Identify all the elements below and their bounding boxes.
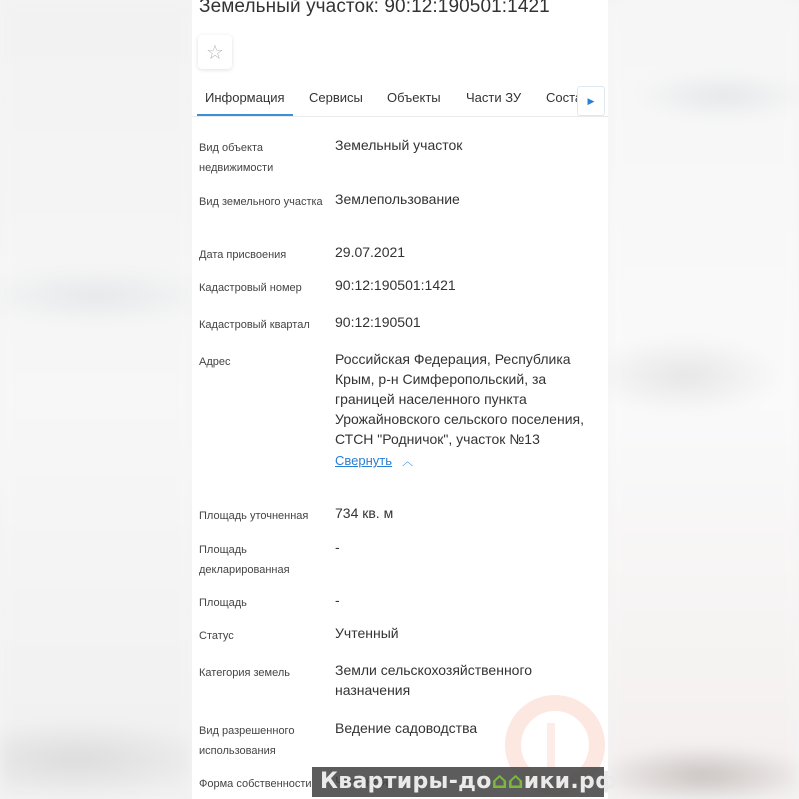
tab-objects[interactable]: Объекты (387, 90, 441, 105)
field-label: Кадастровый квартал (199, 315, 327, 335)
tab-services[interactable]: Сервисы (309, 90, 363, 105)
field-label: Категория земель (199, 663, 327, 683)
field-value: - (335, 537, 595, 557)
house-icon: ⌂⌂ (492, 769, 524, 794)
field-label: Дата присвоения (199, 245, 327, 265)
field-value: Земельный участок (335, 135, 595, 155)
cadastral-info-panel: Земельный участок: 90:12:190501:1421 ☆ И… (192, 0, 608, 799)
tab-bar: Информация Сервисы Объекты Части ЗУ Сост… (192, 84, 608, 117)
blurred-background-left (0, 0, 192, 799)
field-label: Площадь уточненная (199, 506, 327, 526)
field-value: 29.07.2021 (335, 242, 595, 262)
chevron-up-icon[interactable]: ︿ (402, 456, 413, 468)
field-label: Кадастровый номер (199, 278, 327, 298)
address-text: Российская Федерация, Республика Крым, р… (335, 349, 595, 449)
watermark-text: Квартиры-до (320, 769, 492, 794)
collapse-link[interactable]: Свернуть (335, 453, 392, 468)
field-value: Земли сельскохозяйственного назначения (335, 660, 595, 700)
field-value: 90:12:190501:1421 (335, 275, 595, 295)
star-outline-icon: ☆ (206, 40, 224, 65)
field-label: Площадь декларированная (199, 540, 327, 580)
field-label: Форма собственности (199, 774, 327, 794)
field-value: - (335, 590, 595, 610)
page-title: Земельный участок: 90:12:190501:1421 (199, 0, 550, 18)
field-value: Землепользование (335, 189, 595, 209)
tab-scroll-right-button[interactable]: ▶ (577, 86, 605, 116)
field-label: Адрес (199, 352, 327, 372)
field-label: Вид разрешенного использования (199, 721, 327, 761)
field-label: Вид объекта недвижимости (199, 138, 327, 178)
field-value: 90:12:190501 (335, 312, 595, 332)
tab-information[interactable]: Информация (205, 90, 285, 105)
field-label: Статус (199, 626, 327, 646)
watermark-banner: Квартиры-до⌂⌂ики.рф (312, 767, 604, 797)
triangle-right-icon: ▶ (588, 96, 595, 107)
favorite-button[interactable]: ☆ (198, 35, 232, 69)
field-value: Российская Федерация, Республика Крым, р… (335, 349, 595, 472)
field-value: 734 кв. м (335, 503, 595, 523)
tab-land-parts[interactable]: Части ЗУ (466, 90, 521, 105)
field-label: Площадь (199, 593, 327, 613)
field-label: Вид земельного участка (199, 192, 327, 212)
blurred-background-right (608, 0, 799, 799)
field-value: Учтенный (335, 623, 595, 643)
watermark-text-end: ики.рф (524, 769, 618, 794)
